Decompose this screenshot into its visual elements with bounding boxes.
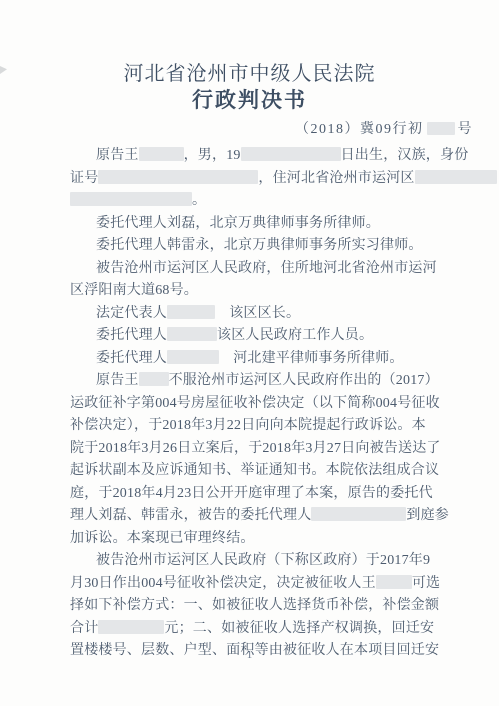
text-segment: 元；二、如被征收人选择产权调换，回迁安	[164, 621, 434, 636]
document-line: 法定代表人 该区区长。	[70, 303, 442, 326]
text-segment: 不服沧州市运河区人民政府作出的（2017）	[169, 373, 439, 388]
text-segment: 该区人民政府工作人员。	[217, 328, 373, 343]
text-segment: 补偿决定），于2018年3月22日向向本院提起行政诉讼。本	[70, 418, 426, 433]
text-segment: 委托代理人	[96, 328, 167, 343]
text-segment: 日出生，汉族，身份	[341, 148, 469, 163]
document-line: 证号，住河北省沧州市运河区	[70, 168, 442, 191]
document-line: 被告沧州市运河区人民政府，住所地河北省沧州市运河	[70, 258, 442, 281]
text-segment: 原告王	[96, 148, 139, 163]
text-segment: 被告沧州市运河区人民政府，住所地河北省沧州市运河	[96, 261, 437, 276]
text-segment: 运政征补字第004号房屋征收补偿决定（以下简称004号征收	[70, 396, 440, 411]
document-line: 运政征补字第004号房屋征收补偿决定（以下简称004号征收	[70, 393, 442, 416]
redaction-box	[98, 170, 258, 184]
text-segment: 院于2018年3月26日立案后，于2018年3月27日向被告送达了	[70, 441, 441, 456]
text-segment: 区浮阳南大道68号。	[70, 283, 198, 298]
document-line: 庭，于2018年4月23日公开开庭审理了本案，原告的委托代	[70, 483, 442, 506]
text-segment: ，住河北省沧州市运河区	[258, 171, 414, 186]
document-line: 择如下补偿方式：一、如被征收人选择货币补偿，补偿金额	[70, 595, 442, 618]
text-segment: 月30日作出004号征收补偿决定，决定被征收人王	[70, 576, 376, 591]
text-segment: 理人刘磊、韩雷永，被告的委托代理人	[70, 508, 311, 523]
document-line: 补偿决定），于2018年3月22日向向本院提起行政诉讼。本	[70, 415, 442, 438]
document-line: 。	[70, 190, 442, 213]
text-segment: 加诉讼。本案现已审理终结。	[70, 531, 255, 546]
text-segment: 可选	[412, 576, 440, 591]
redaction-box	[376, 575, 412, 589]
document-line: 委托代理人 河北建平律师事务所律师。	[70, 348, 442, 371]
document-line: 合计元；二、如被征收人选择产权调换，回迁安	[70, 618, 442, 641]
redaction-box	[415, 170, 497, 184]
court-name-title: 河北省沧州市中级人民法院	[0, 0, 499, 86]
text-segment: 庭，于2018年4月23日公开开庭审理了本案，原告的委托代	[70, 486, 433, 501]
document-line: 加诉讼。本案现已审理终结。	[70, 528, 442, 551]
document-line: 委托代理人该区人民政府工作人员。	[70, 325, 442, 348]
redaction-box	[167, 327, 217, 341]
redaction-box	[311, 507, 406, 521]
text-segment: 河北建平律师事务所律师。	[219, 351, 404, 366]
redaction-box	[139, 147, 184, 161]
text-segment: 。	[192, 193, 206, 208]
judgment-document-page: 河北省沧州市中级人民法院 行政判决书 （2018）冀09行初号 原告王，男，19…	[0, 0, 499, 706]
case-number-suffix: 号	[458, 122, 474, 137]
redaction-box	[167, 350, 219, 364]
text-segment: 合计	[70, 621, 98, 636]
redaction-box	[241, 147, 341, 161]
document-line: 被告沧州市运河区人民政府（下称区政府）于2017年9	[70, 550, 442, 573]
text-segment: 委托代理人刘磊，北京万典律师事务所律师。	[96, 216, 380, 231]
case-number: （2018）冀09行初号	[0, 120, 499, 140]
document-line: 委托代理人刘磊，北京万典律师事务所律师。	[70, 213, 442, 236]
text-segment: 证号	[70, 171, 98, 186]
document-line: 委托代理人韩雷永，北京万典律师事务所实习律师。	[70, 235, 442, 258]
text-segment: 该区区长。	[215, 306, 300, 321]
text-segment: 择如下补偿方式：一、如被征收人选择货币补偿，补偿金额	[70, 598, 439, 613]
case-number-prefix: （2018）冀09行初	[295, 122, 424, 137]
redaction-box	[139, 372, 169, 386]
document-line: 原告王，男，19日出生，汉族，身份	[70, 145, 442, 168]
page-number: 1	[0, 648, 499, 663]
text-segment: 原告王	[96, 373, 139, 388]
document-type-title: 行政判决书	[0, 87, 499, 114]
text-segment: 到庭参	[406, 508, 449, 523]
text-segment: 起诉状副本及应诉通知书、举证通知书。本院依法组成合议	[70, 463, 439, 478]
document-line: 月30日作出004号征收补偿决定，决定被征收人王可选	[70, 573, 442, 596]
text-segment: 被告沧州市运河区人民政府（下称区政府）于2017年9	[96, 553, 430, 568]
text-segment: 委托代理人韩雷永，北京万典律师事务所实习律师。	[96, 238, 423, 253]
document-line: 区浮阳南大道68号。	[70, 280, 442, 303]
redaction-box	[427, 122, 455, 135]
text-segment: ，男，19	[184, 148, 241, 163]
document-body: 原告王，男，19日出生，汉族，身份证号，住河北省沧州市运河区。委托代理人刘磊，北…	[70, 145, 442, 663]
redaction-box	[167, 305, 215, 319]
text-segment: 法定代表人	[96, 306, 167, 321]
document-line: 理人刘磊、韩雷永，被告的委托代理人到庭参	[70, 505, 442, 528]
redaction-box	[70, 192, 192, 206]
text-segment: 委托代理人	[96, 351, 167, 366]
redaction-box	[98, 620, 164, 634]
document-line: 院于2018年3月26日立案后，于2018年3月27日向被告送达了	[70, 438, 442, 461]
document-line: 原告王不服沧州市运河区人民政府作出的（2017）	[70, 370, 442, 393]
document-line: 起诉状副本及应诉通知书、举证通知书。本院依法组成合议	[70, 460, 442, 483]
